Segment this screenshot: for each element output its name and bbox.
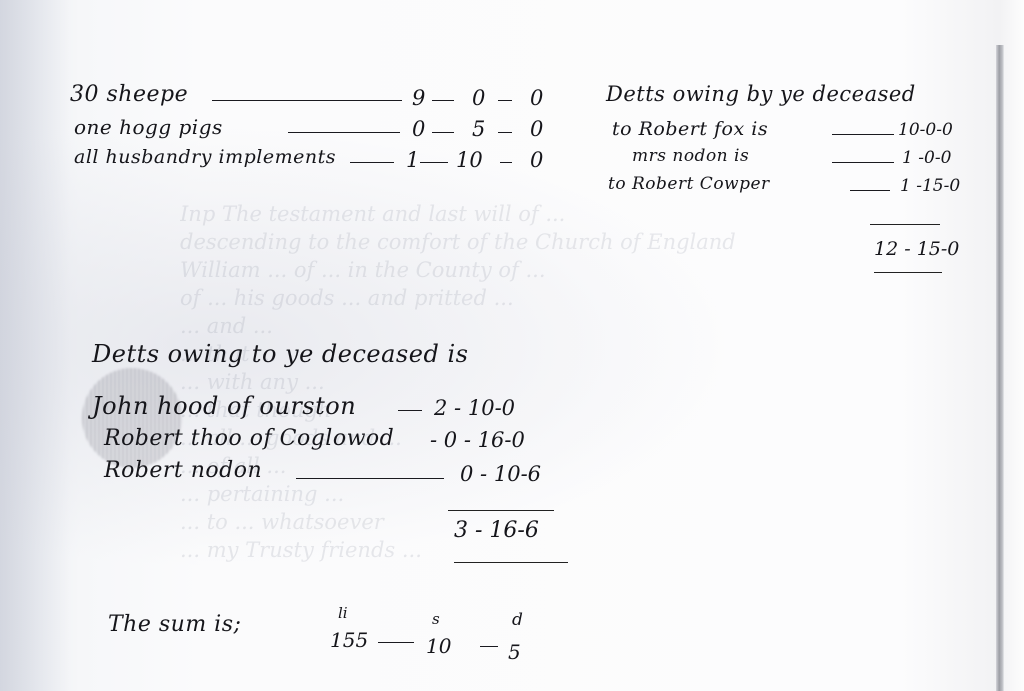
scanned-page: Inp The testament and last will of ... d… bbox=[0, 0, 1024, 691]
sum-shillings: 10 bbox=[426, 634, 451, 658]
separator bbox=[498, 132, 512, 133]
pence: 0 bbox=[502, 396, 515, 420]
item-shillings: 5 bbox=[472, 117, 485, 141]
shillings: 15 bbox=[922, 176, 944, 196]
credit-label: Robert nodon bbox=[104, 458, 262, 483]
unit-shillings: s bbox=[432, 610, 440, 628]
pounds: 3 bbox=[454, 518, 468, 543]
credit-amount: 0 - 10-6 bbox=[460, 462, 541, 486]
pounds: 0 bbox=[460, 462, 473, 486]
pence: 6 bbox=[525, 518, 539, 543]
total-rule-bottom bbox=[454, 562, 568, 563]
shillings: 10 bbox=[468, 396, 495, 420]
leader-line bbox=[350, 162, 394, 163]
debt-amount: 1 -0-0 bbox=[902, 148, 951, 168]
leader-line bbox=[398, 410, 422, 411]
separator bbox=[480, 646, 498, 647]
separator bbox=[420, 162, 448, 163]
credit-label: John hood of ourston bbox=[92, 392, 356, 420]
pounds: 0 bbox=[444, 428, 457, 452]
item-pounds: 1 bbox=[406, 148, 419, 172]
item-shillings: 0 bbox=[472, 86, 485, 110]
total-rule-top bbox=[448, 510, 554, 511]
separator bbox=[432, 132, 454, 133]
credit-amount: 2 - 10-0 bbox=[434, 396, 515, 420]
item-pence: 0 bbox=[530, 117, 543, 141]
pence: 0 bbox=[942, 120, 953, 140]
page-shadow bbox=[0, 0, 70, 691]
sum-pounds: 155 bbox=[330, 628, 368, 652]
leader-line bbox=[832, 134, 894, 135]
pounds: 2 bbox=[434, 396, 447, 420]
pounds: 1 bbox=[902, 148, 913, 168]
unit-pence: d bbox=[512, 610, 523, 630]
debts-owed-to-total: 3 - 16-6 bbox=[454, 518, 539, 543]
debt-label: mrs nodon is bbox=[632, 146, 749, 166]
shillings: 16 bbox=[478, 428, 505, 452]
leader-line bbox=[832, 162, 894, 163]
item-pence: 0 bbox=[530, 86, 543, 110]
leader-line bbox=[296, 478, 444, 479]
debt-amount: 10-0-0 bbox=[898, 120, 953, 140]
shillings: 0 bbox=[924, 148, 935, 168]
section-heading: Detts owing to ye deceased is bbox=[92, 340, 468, 368]
shillings: 10 bbox=[494, 462, 521, 486]
separator bbox=[378, 642, 414, 643]
leader-line bbox=[850, 190, 890, 191]
credit-label: Robert thoo of Coglowod bbox=[104, 426, 394, 451]
pence: 0 bbox=[511, 428, 524, 452]
sum-pence: 5 bbox=[508, 640, 521, 664]
page-edge bbox=[996, 45, 1004, 691]
pounds: 1 bbox=[900, 176, 911, 196]
pence: 0 bbox=[947, 238, 959, 260]
leader-line bbox=[288, 132, 400, 133]
pence: 6 bbox=[528, 462, 541, 486]
item-pounds: 9 bbox=[412, 86, 425, 110]
item-label: 30 sheepe bbox=[70, 82, 188, 107]
shillings: 0 bbox=[925, 120, 936, 140]
pence: 0 bbox=[941, 148, 952, 168]
shillings: 16 bbox=[489, 518, 517, 543]
item-pence: 0 bbox=[530, 148, 543, 172]
total-rule-top bbox=[870, 224, 940, 225]
item-pounds: 0 bbox=[412, 117, 425, 141]
item-shillings: 10 bbox=[456, 148, 483, 172]
credit-amount: - 0 - 16-0 bbox=[430, 428, 525, 452]
item-label: all husbandry implements bbox=[74, 146, 336, 168]
separator bbox=[500, 162, 512, 163]
sum-label: The sum is; bbox=[108, 612, 241, 637]
shillings: 15 bbox=[917, 238, 941, 260]
debt-label: to Robert Cowper bbox=[608, 174, 770, 194]
debts-owed-by-total: 12 - 15-0 bbox=[874, 238, 959, 260]
pounds: 12 bbox=[874, 238, 898, 260]
debt-label: to Robert fox is bbox=[612, 118, 768, 140]
total-rule-bottom bbox=[874, 272, 942, 273]
pence: 0 bbox=[949, 176, 960, 196]
leader-line bbox=[212, 100, 402, 101]
item-label: one hogg pigs bbox=[74, 115, 223, 139]
debt-amount: 1 -15-0 bbox=[900, 176, 960, 196]
pounds: 10 bbox=[898, 120, 920, 140]
unit-pounds: li bbox=[338, 604, 348, 622]
separator bbox=[432, 100, 454, 101]
section-heading: Detts owing by ye deceased bbox=[606, 82, 916, 106]
separator bbox=[498, 100, 512, 101]
